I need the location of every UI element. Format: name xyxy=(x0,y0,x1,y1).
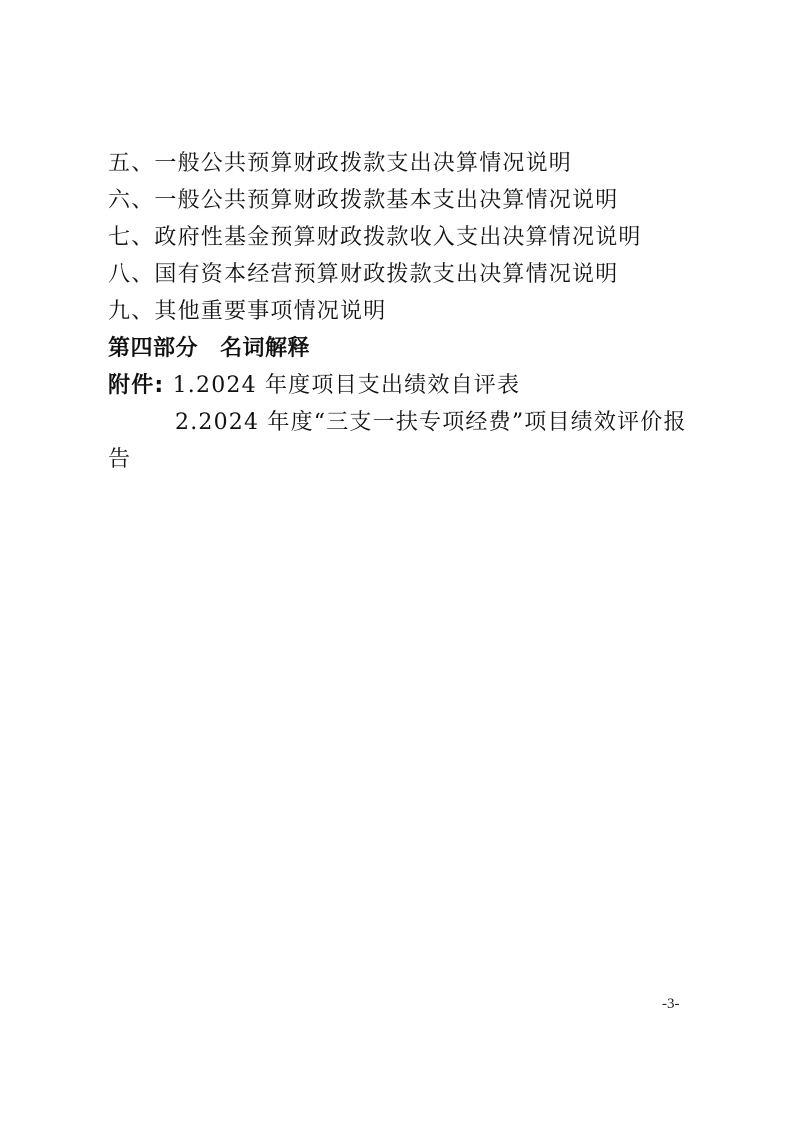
attachment-item-2-continued: 告 xyxy=(108,447,131,473)
toc-item-9: 九、其他重要事项情况说明 xyxy=(108,299,386,325)
attachment-item-1: 1.2024 年度项目支出绩效自评表 xyxy=(173,373,521,398)
page-number: -3- xyxy=(662,996,680,1013)
document-page: 五、一般公共预算财政拨款支出决算情况说明 六、一般公共预算财政拨款基本支出决算情… xyxy=(0,0,793,1122)
attachment-item-2: 2.2024 年度“三支一扶专项经费”项目绩效评价报 xyxy=(175,410,687,436)
part-four-heading: 第四部分名词解释 xyxy=(108,336,310,362)
toc-item-5: 五、一般公共预算财政拨款支出决算情况说明 xyxy=(108,151,572,177)
part-label: 第四部分 xyxy=(108,336,198,361)
toc-item-7: 七、政府性基金预算财政拨款收入支出决算情况说明 xyxy=(108,225,642,251)
toc-item-6: 六、一般公共预算财政拨款基本支出决算情况说明 xyxy=(108,188,618,214)
attachments-label: 附件: xyxy=(108,373,164,398)
attachment-line-1: 附件: 1.2024 年度项目支出绩效自评表 xyxy=(108,373,520,399)
part-title: 名词解释 xyxy=(220,336,310,361)
toc-item-8: 八、国有资本经营预算财政拨款支出决算情况说明 xyxy=(108,262,618,288)
